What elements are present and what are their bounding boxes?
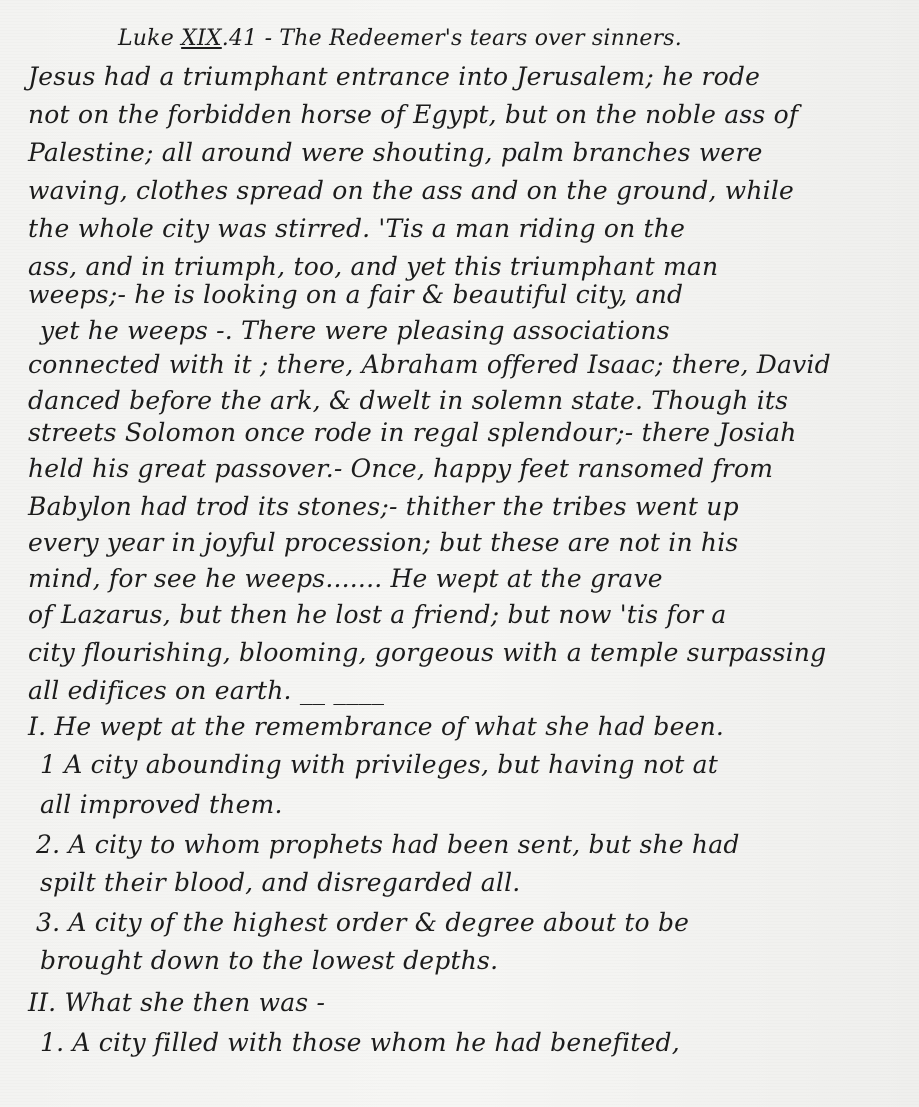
sermon-heading: Luke XIX.41 - The Redeemer's tears over … <box>118 28 682 50</box>
text-line: Babylon had trod its stones;- thither th… <box>28 494 739 519</box>
outline-item: 2. A city to whom prophets had been sent… <box>36 832 740 857</box>
text-line: danced before the ark, & dwelt in solemn… <box>28 388 788 413</box>
text-line: mind, for see he weeps....... He wept at… <box>28 566 663 591</box>
outline-heading-2: II. What she then was - <box>28 990 325 1015</box>
outline-item: 3. A city of the highest order & degree … <box>36 910 689 935</box>
outline-heading-1: I. He wept at the remembrance of what sh… <box>28 714 724 739</box>
text-line: held his great passover.- Once, happy fe… <box>28 456 773 481</box>
text-line: waving, clothes spread on the ass and on… <box>28 178 794 203</box>
manuscript-page: Luke XIX.41 - The Redeemer's tears over … <box>0 0 919 1107</box>
scripture-chapter: XIX <box>181 26 222 51</box>
outline-item-continued: brought down to the lowest depths. <box>40 948 498 973</box>
sermon-title: The Redeemer's tears over sinners. <box>279 26 682 51</box>
scripture-verse: 41 <box>229 26 257 51</box>
text-line: Palestine; all around were shouting, pal… <box>28 140 763 165</box>
text-line: all edifices on earth. __ ____ <box>28 678 384 703</box>
text-line: Jesus had a triumphant entrance into Jer… <box>28 64 760 89</box>
outline-item-continued: all improved them. <box>40 792 283 817</box>
outline-item: 1 A city abounding with privileges, but … <box>40 752 718 777</box>
text-line: not on the forbidden horse of Egypt, but… <box>28 102 798 127</box>
text-line: yet he weeps -. There were pleasing asso… <box>40 318 670 343</box>
scripture-book: Luke <box>118 26 174 51</box>
text-line: the whole city was stirred. 'Tis a man r… <box>28 216 685 241</box>
outline-item-continued: spilt their blood, and disregarded all. <box>40 870 520 895</box>
text-line: every year in joyful procession; but the… <box>28 530 738 555</box>
outline-item: 1. A city filled with those whom he had … <box>40 1030 680 1055</box>
heading-separator: - <box>265 26 273 51</box>
text-line: connected with it ; there, Abraham offer… <box>28 352 831 377</box>
text-line: city flourishing, blooming, gorgeous wit… <box>28 640 826 665</box>
text-line: of Lazarus, but then he lost a friend; b… <box>28 602 727 627</box>
text-line: weeps;- he is looking on a fair & beauti… <box>28 282 683 307</box>
text-line: ass, and in triumph, too, and yet this t… <box>28 254 718 279</box>
text-line: streets Solomon once rode in regal splen… <box>28 420 797 445</box>
